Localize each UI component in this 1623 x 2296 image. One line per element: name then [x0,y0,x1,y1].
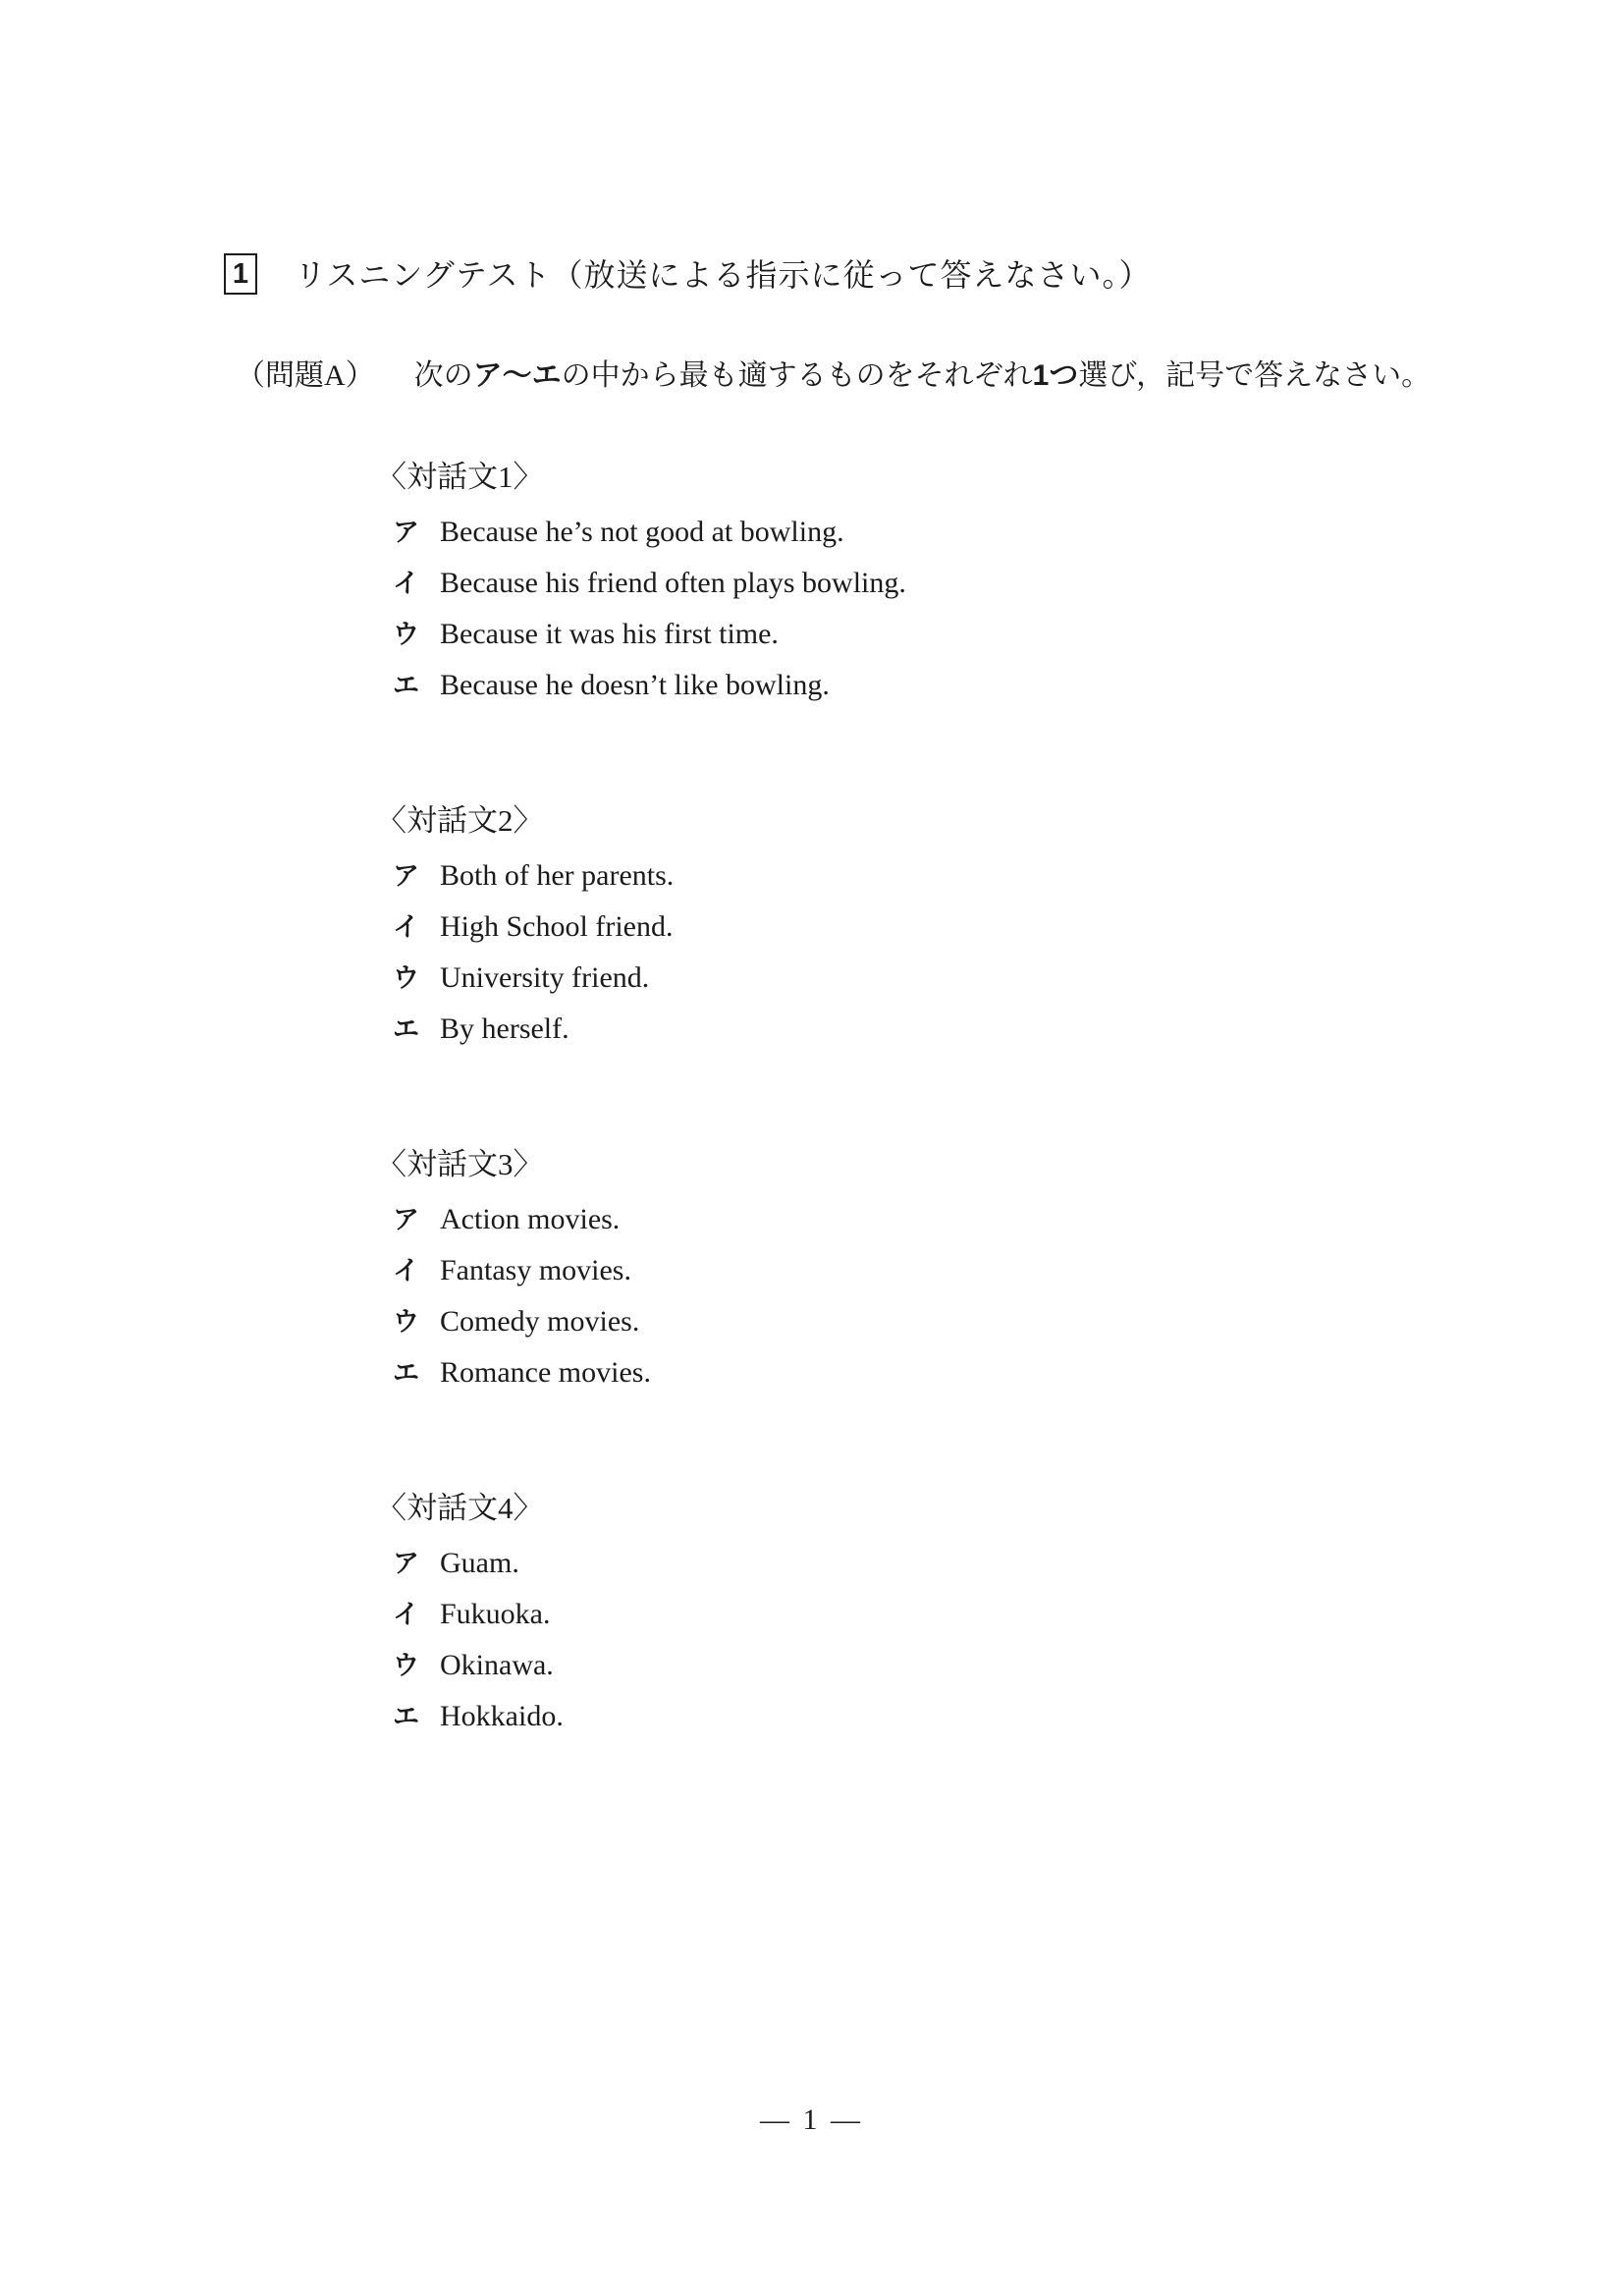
option-letter: ウ [393,1640,440,1691]
option-text: Action movies. [440,1194,620,1245]
dialogue-section-1: 〈対話文1〉 ア Because he’s not good at bowlin… [376,456,906,711]
section-title: 〈対話文4〉 [376,1487,906,1530]
option-text: High School friend. [440,902,673,953]
option-letter: イ [393,558,440,609]
dialogue-sections: 〈対話文1〉 ア Because he’s not good at bowlin… [376,456,906,1831]
option-row: エ Hokkaido. [376,1691,906,1742]
option-row: ア Guam. [376,1538,906,1589]
option-row: エ By herself. [376,1004,906,1055]
option-text: Fantasy movies. [440,1245,631,1296]
page-number: — 1 — [0,2104,1623,2137]
dialogue-section-4: 〈対話文4〉 ア Guam. イ Fukuoka. ウ Okinawa. エ H… [376,1487,906,1742]
option-text: By herself. [440,1004,569,1055]
option-row: ウ Okinawa. [376,1640,906,1691]
instruction-text-1: 次の [414,359,473,392]
option-text: Because it was his first time. [440,609,779,660]
option-text: Okinawa. [440,1640,554,1691]
option-row: エ Because he doesn’t like bowling. [376,660,906,711]
instruction-text-count: 1つ [1033,359,1079,392]
option-text: Romance movies. [440,1347,651,1398]
option-row: イ High School friend. [376,902,906,953]
option-text: University friend. [440,953,649,1004]
option-letter: ウ [393,953,440,1004]
option-letter: エ [393,1691,440,1742]
option-row: ア Because he’s not good at bowling. [376,507,906,558]
option-text: Hokkaido. [440,1691,564,1742]
option-row: ウ University friend. [376,953,906,1004]
instruction-text-3: 選び，記号で答えなさい。 [1078,359,1431,392]
option-text: Fukuoka. [440,1589,551,1640]
option-letter: エ [393,660,440,711]
option-row: ウ Comedy movies. [376,1296,906,1347]
instruction-text-choices-range: ア～エ [473,359,562,392]
option-letter: イ [393,902,440,953]
dialogue-section-3: 〈対話文3〉 ア Action movies. イ Fantasy movies… [376,1143,906,1398]
option-letter: ア [393,507,440,558]
section-title: 〈対話文3〉 [376,1143,906,1186]
option-text: Because he doesn’t like bowling. [440,660,830,711]
option-letter: ア [393,850,440,902]
option-letter: ウ [393,609,440,660]
option-text: Guam. [440,1538,519,1589]
dialogue-section-2: 〈対話文2〉 ア Both of her parents. イ High Sch… [376,799,906,1055]
option-row: エ Romance movies. [376,1347,906,1398]
section-title: 〈対話文2〉 [376,799,906,843]
option-row: ア Both of her parents. [376,850,906,902]
option-letter: ア [393,1538,440,1589]
option-letter: ウ [393,1296,440,1347]
section-title: 〈対話文1〉 [376,456,906,499]
page-title: リスニングテスト（放送による指示に従って答えなさい。） [295,253,1151,297]
option-letter: イ [393,1589,440,1640]
instruction-text-2: の中から最も適するものをそれぞれ [562,359,1033,392]
option-row: ウ Because it was his first time. [376,609,906,660]
option-row: イ Because his friend often plays bowling… [376,558,906,609]
instruction-label: （問題A） [236,355,375,397]
option-text: Comedy movies. [440,1296,639,1347]
option-letter: エ [393,1004,440,1055]
option-letter: ア [393,1194,440,1245]
instruction-line: （問題A）次のア～エの中から最も適するものをそれぞれ1つ選び，記号で答えなさい。 [236,355,1431,397]
option-row: イ Fukuoka. [376,1589,906,1640]
exam-page: 1 リスニングテスト（放送による指示に従って答えなさい。） （問題A）次のア～エ… [0,0,1623,2296]
option-letter: エ [393,1347,440,1398]
option-row: ア Action movies. [376,1194,906,1245]
title-row: 1 リスニングテスト（放送による指示に従って答えなさい。） [224,253,1151,297]
option-text: Both of her parents. [440,850,674,902]
option-letter: イ [393,1245,440,1296]
option-text: Because his friend often plays bowling. [440,558,906,609]
question-number-box: 1 [224,253,257,295]
option-row: イ Fantasy movies. [376,1245,906,1296]
option-text: Because he’s not good at bowling. [440,507,844,558]
